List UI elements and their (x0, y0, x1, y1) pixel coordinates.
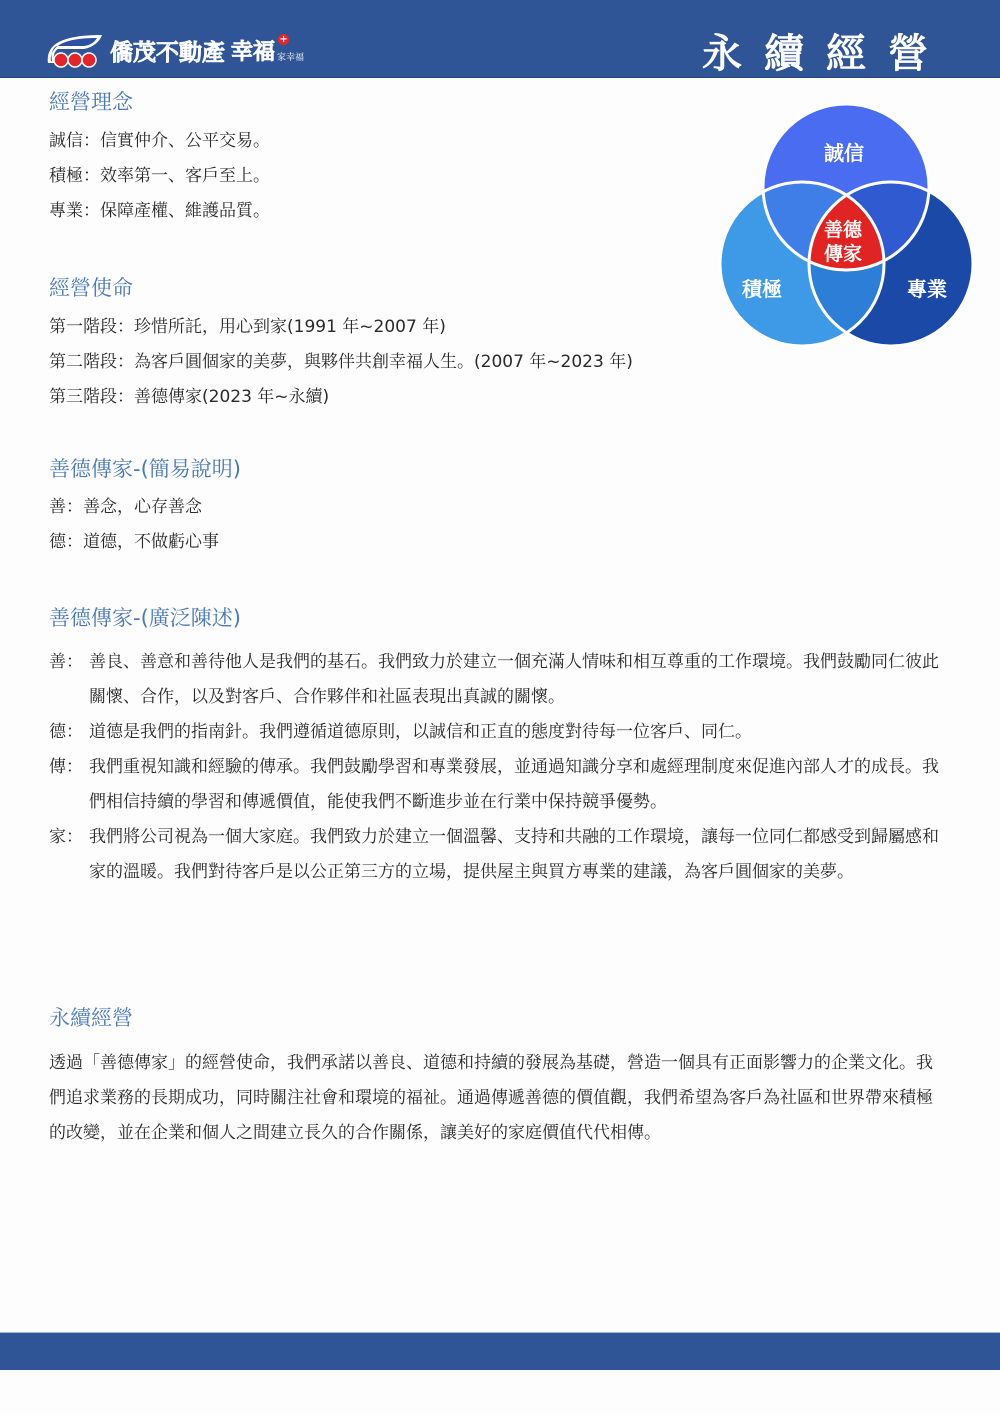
company-logo: 僑茂不動產 幸福 + 家幸福 (44, 30, 304, 70)
section-title-sustainability: 永續經營 (49, 1002, 133, 1032)
entry-key: 善： (49, 645, 89, 715)
detailed-entry-shan: 善： 善良、善意和善待他人是我們的基石。我們致力於建立一個充滿人情味和相互尊重的… (49, 645, 939, 715)
detailed-entry-chuan: 傳： 我們重視知識和經驗的傳承。我們鼓勵學習和專業發展，並通過知識分享和處經理制… (49, 750, 939, 820)
venn-label-integrity: 誠信 (824, 137, 864, 166)
logo-mark-icon (44, 31, 106, 69)
entry-key: 傳： (49, 750, 89, 820)
detailed-entry-de: 德： 道德是我們的指南針。我們遵循道德原則，以誠信和正直的態度對待每一位客戶、同… (49, 715, 939, 750)
brief-item: 善：善念，心存善念 (49, 492, 202, 517)
detailed-entry-jia: 家： 我們將公司視為一個大家庭。我們致力於建立一個溫馨、支持和共融的工作環境，讓… (49, 820, 939, 890)
sustainability-body: 透過「善德傳家」的經營使命，我們承諾以善良、道德和持續的發展為基礎，營造一個具有… (49, 1046, 939, 1151)
venn-label-proactive: 積極 (742, 273, 782, 302)
entry-text: 我們重視知識和經驗的傳承。我們鼓勵學習和專業發展，並通過知識分享和處經理制度來促… (89, 750, 939, 820)
logo-sub-text: + 家幸福 (277, 50, 304, 63)
venn-center-line2: 傳家 (824, 242, 862, 266)
brief-item: 德：道德，不做虧心事 (49, 527, 219, 552)
venn-center-label: 善德 傳家 (824, 218, 862, 266)
entry-text: 我們將公司視為一個大家庭。我們致力於建立一個溫馨、支持和共融的工作環境，讓每一位… (89, 820, 939, 890)
page-title: 永續經營 (702, 22, 950, 79)
philosophy-item: 誠信：信實仲介、公平交易。 (49, 126, 270, 151)
logo-sub-label: 家幸福 (277, 53, 304, 63)
philosophy-item: 專業：保障產權、維護品質。 (49, 196, 270, 221)
venn-label-professional: 專業 (907, 273, 947, 302)
entry-text: 道德是我們的指南針。我們遵循道德原則，以誠信和正直的態度對待每一位客戶、同仁。 (89, 715, 939, 750)
section-title-detailed: 善德傳家-(廣泛陳述) (49, 602, 241, 632)
mission-item: 第一階段：珍惜所託，用心到家(1991 年~2007 年) (49, 312, 446, 337)
venn-diagram: 誠信 積極 專業 善德 傳家 (718, 104, 978, 354)
plus-icon: + (278, 34, 289, 45)
entry-text: 善良、善意和善待他人是我們的基石。我們致力於建立一個充滿人情味和相互尊重的工作環… (89, 645, 939, 715)
logo-company-name: 僑茂不動產 (110, 34, 225, 67)
mission-item: 第二階段：為客戶圓個家的美夢，與夥伴共創幸福人生。(2007 年~2023 年) (49, 347, 633, 372)
philosophy-item: 積極：效率第一、客戶至上。 (49, 161, 270, 186)
section-title-mission: 經營使命 (49, 272, 133, 302)
section-title-brief: 善德傳家-(簡易說明) (49, 453, 241, 483)
logo-brand-text: 幸福 (231, 35, 275, 66)
entry-key: 德： (49, 715, 89, 750)
mission-item: 第三階段：善德傳家(2023 年~永續) (49, 382, 329, 407)
section-title-philosophy: 經營理念 (49, 86, 133, 116)
footer-band (0, 1332, 1000, 1370)
venn-center-line1: 善德 (824, 218, 862, 242)
detailed-list: 善： 善良、善意和善待他人是我們的基石。我們致力於建立一個充滿人情味和相互尊重的… (49, 645, 939, 890)
header-band: 僑茂不動產 幸福 + 家幸福 永續經營 (0, 0, 1000, 78)
entry-key: 家： (49, 820, 89, 890)
